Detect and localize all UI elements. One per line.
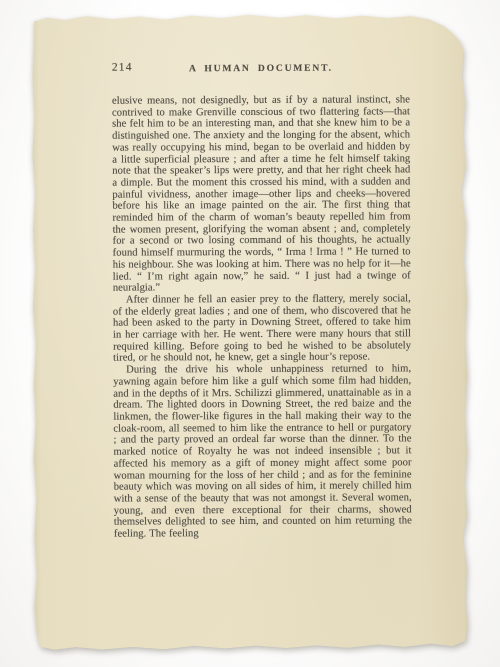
paragraph-2: After dinner he fell an easier prey to t… bbox=[113, 293, 411, 365]
page-content: 214 A HUMAN DOCUMENT. elusive means, not… bbox=[112, 60, 412, 540]
book-page: 214 A HUMAN DOCUMENT. elusive means, not… bbox=[30, 12, 471, 651]
page-shadow: 214 A HUMAN DOCUMENT. elusive means, not… bbox=[0, 0, 500, 667]
page-header: 214 A HUMAN DOCUMENT. bbox=[112, 60, 410, 75]
running-title: A HUMAN DOCUMENT. bbox=[112, 62, 410, 74]
paragraph-3: During the drive his whole unhappiness r… bbox=[113, 363, 412, 540]
scan-backdrop: 214 A HUMAN DOCUMENT. elusive means, not… bbox=[0, 0, 500, 667]
paragraph-1: elusive means, not designedly, but as if… bbox=[112, 94, 411, 294]
page-body: elusive means, not designedly, but as if… bbox=[112, 94, 412, 540]
